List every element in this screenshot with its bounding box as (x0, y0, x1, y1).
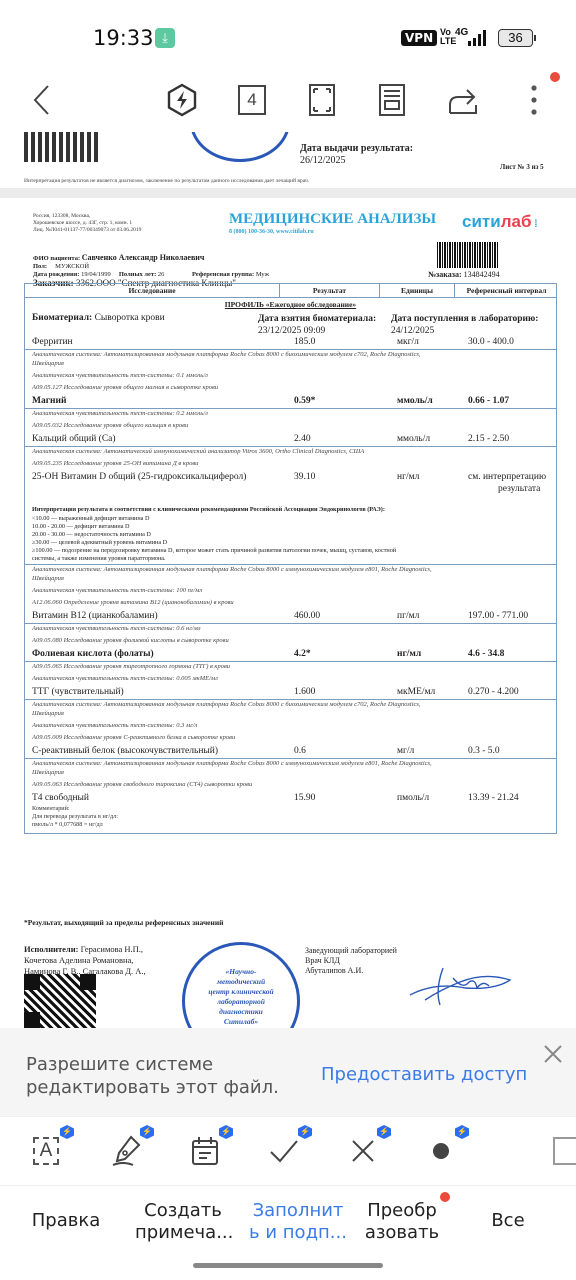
cell-ref: 0.3 - 5.0 (468, 746, 500, 756)
cell-units: ммоль/л (397, 434, 430, 444)
cell-ref-cont: результата (498, 484, 540, 494)
patient-name: Савченко Александр Николаевич (82, 253, 205, 262)
cell-ref: 13.39 - 21.24 (468, 793, 519, 803)
comment-line: Для перевода результата в нг/дл: (32, 813, 118, 820)
disclaimer: Интерпретация результатов не является ди… (24, 178, 309, 184)
cell-name: С-реактивный белок (высокочувствительный… (32, 746, 218, 756)
method-note: А09.05.235 Исследование уровня 25-ОН вит… (32, 460, 198, 467)
issue-date-label: Дата выдачи результата: (300, 143, 413, 154)
network-type-icon: 4G (455, 27, 468, 38)
banner-message: Разрешите системередактировать этот файл… (26, 1053, 279, 1099)
lab-stamp (190, 132, 290, 162)
fullscreen-button[interactable] (302, 80, 342, 120)
ai-badge-icon: ⚡ (455, 1125, 469, 1139)
home-indicator[interactable] (193, 1263, 383, 1268)
pdf-page-4: Россия, 123308, Москва,Хорошевское шоссе… (0, 198, 576, 1028)
citilab-logo: ситилаб ⁞ (462, 212, 538, 232)
more-icon (530, 85, 538, 115)
ai-badge-icon: ⚡ (219, 1125, 233, 1139)
close-banner-icon[interactable] (543, 1044, 563, 1064)
cell-ref: 30.0 - 400.0 (468, 337, 514, 347)
method-note: Аналитическая чувствительность тест-сист… (32, 410, 208, 417)
method-note: А09.05.063 Исследование уровня свободног… (32, 781, 252, 788)
page-count-icon: 4 (238, 85, 266, 115)
method-note: А12.06.060 Определение уровня витамина В… (32, 599, 234, 606)
barcode (437, 242, 499, 268)
top-toolbar: 4 (0, 70, 576, 132)
row-divider (25, 446, 556, 447)
cell-units: мкМЕ/мл (397, 687, 435, 697)
permission-banner: Разрешите системередактировать этот файл… (0, 1028, 576, 1116)
received-date: Дата поступления в лабораторию:24/12/202… (391, 313, 538, 337)
cell-result: 460.00 (294, 611, 320, 621)
row-divider (25, 623, 556, 624)
lab-title: МЕДИЦИНСКИЕ АНАЛИЗЫ (229, 211, 436, 228)
method-note: Аналитическая система: Автоматизированна… (32, 566, 432, 573)
notification-dot (550, 72, 560, 82)
rectangle-icon (553, 1137, 576, 1165)
cell-ref: 2.15 - 2.50 (468, 434, 509, 444)
ai-badge-icon: ⚡ (377, 1125, 391, 1139)
cell-units: пг/мл (397, 611, 419, 621)
dot-icon (433, 1143, 449, 1159)
method-note: А09.05.065 Исследование уровня тиреотроп… (32, 663, 230, 670)
qr-code (24, 132, 100, 162)
date-tool[interactable]: ⚡ (185, 1131, 225, 1171)
volte-icon: VoLTE (440, 28, 456, 46)
cell-units: пмоль/л (397, 793, 429, 803)
cell-result: 2.40 (294, 434, 311, 444)
signal-icon (468, 30, 486, 46)
method-note: А09.05.080 Исследование уровня фолиевой … (32, 637, 229, 644)
method-note: А09.05.009 Исследование уровня С-реактив… (32, 734, 235, 741)
cross-tool[interactable]: ⚡ (343, 1131, 383, 1171)
checkmark-tool[interactable]: ⚡ (264, 1131, 304, 1171)
dot-tool[interactable]: ⚡ (421, 1131, 461, 1171)
lab-stamp: «Научно-методическийцентр клиническойлаб… (182, 942, 300, 1028)
date-icon (191, 1136, 219, 1166)
method-note: Аналитическая чувствительность тест-сист… (32, 587, 202, 594)
method-note: А09.05.032 Исследование уровня общего ка… (32, 422, 188, 429)
method-note: Аналитическая система: Автоматизированна… (32, 701, 421, 708)
cross-icon (351, 1139, 375, 1163)
cell-name: Ферритин (32, 337, 73, 347)
cell-name: Кальций общий (Са) (32, 434, 116, 444)
cell-result: 0.59* (294, 396, 315, 406)
ai-badge-icon: ⚡ (298, 1125, 312, 1139)
performers: Исполнители: Герасимова Н.П., Кочетова А… (24, 944, 146, 977)
sheet-number: Лист № 3 из 5 (500, 163, 544, 171)
results-table: Исследование Результат Единицы Референсн… (24, 283, 557, 834)
status-bar: 19:33 ⤓ VPN VoLTE 4G 36 (0, 0, 576, 70)
method-note: Швейцария (32, 360, 64, 367)
battery-icon: 36 (498, 29, 533, 47)
tab-all[interactable]: Все (478, 1210, 538, 1232)
signature-image (405, 960, 515, 1010)
text-box-icon: A (33, 1137, 59, 1165)
reader-mode-icon (379, 84, 405, 116)
vitd-interpretation-line: 10.00 - 20.00 — дефицит витамина D (32, 523, 130, 530)
cell-units: нг/мл (397, 472, 419, 482)
more-button[interactable] (514, 80, 554, 120)
pdf-document-view[interactable]: Дата выдачи результата: 26/12/2025 Лист … (0, 132, 576, 1028)
cell-name: ТТГ (чувствительный) (32, 687, 124, 697)
vitd-interpretation-line: ≥100.00 — подозрение на передозировку ви… (32, 547, 396, 554)
method-note: А09.05.127 Исследование уровня общего ма… (32, 384, 218, 391)
vitd-interpretation-line: ≥30.00 — целевой адекватный уровень вита… (32, 539, 167, 546)
row-divider (25, 758, 556, 759)
cell-ref: 0.66 - 1.07 (468, 396, 509, 406)
tab-fill-sign[interactable]: Заполнить и подп... (249, 1200, 347, 1244)
notification-dot (440, 1192, 450, 1202)
cell-name: Т4 свободный (32, 793, 89, 803)
cell-name: Магний (32, 396, 66, 406)
signature-pen-icon (111, 1135, 141, 1167)
checkmark-icon (269, 1138, 299, 1164)
lab-head: Заведующий лабораториейВрач КЛДАбуталипо… (305, 946, 397, 976)
method-note: Аналитическая система: Автоматизированна… (32, 351, 421, 358)
method-note: Швейцария (32, 575, 64, 582)
tab-convert[interactable]: Преобразовать (362, 1200, 442, 1244)
method-note: Швейцария (32, 769, 64, 776)
rectangle-tool[interactable] (548, 1131, 576, 1171)
cell-name: 25-ОН Витамин D общий (25-гидроксикальци… (32, 472, 246, 482)
cell-units: нг/мл (397, 649, 421, 659)
row-divider (25, 661, 556, 662)
method-note: Аналитическая чувствительность тест-сист… (32, 675, 218, 682)
comment-line: пмоль/л * 0,077688 = нг/дл (32, 821, 103, 828)
cell-ref: 4.6 - 34.8 (468, 649, 504, 659)
cell-units: мкг/л (397, 337, 419, 347)
ai-tools-button[interactable] (162, 80, 202, 120)
qr-code-bottom (24, 974, 96, 1028)
ai-badge-icon: ⚡ (140, 1125, 154, 1139)
order-number: №заказа: 134842494 (428, 270, 500, 279)
ai-bolt-icon (166, 83, 198, 117)
share-button[interactable] (443, 80, 483, 120)
biomaterial: Биоматериал: Сыворотка крови (32, 313, 165, 323)
page-count-button[interactable]: 4 (232, 80, 272, 120)
back-button[interactable] (22, 80, 62, 120)
row-divider (25, 564, 556, 565)
reader-mode-button[interactable] (372, 80, 412, 120)
tab-annotate[interactable]: Создатьпримеча... (135, 1200, 231, 1244)
vitd-interpretation-line: системы, а также изменения уровня паратг… (32, 555, 166, 562)
cell-ref: 197.00 - 771.00 (468, 611, 528, 621)
signature-tool[interactable]: ⚡ (106, 1131, 146, 1171)
cell-ref: см. интерпретацию (468, 472, 546, 482)
cell-result: 15.90 (294, 793, 315, 803)
vitd-interpretation-line: 20.00 - 30.00 — недостаточность витамина… (32, 531, 151, 538)
row-divider (25, 408, 556, 409)
method-note: Аналитическая система: Автоматизированна… (32, 760, 432, 767)
table-header: Исследование Результат Единицы Референсн… (25, 284, 556, 298)
row-divider (25, 699, 556, 700)
method-note: Швейцария (32, 710, 64, 717)
fill-sign-tools: A ⚡ ⚡ ⚡ ⚡ ⚡ ⚡ (0, 1116, 576, 1186)
cell-units: ммоль/л (397, 396, 433, 406)
cell-result: 0.6 (294, 746, 306, 756)
cell-name: Фолиевая кислота (фолаты) (32, 649, 154, 659)
share-icon (447, 85, 479, 115)
cell-result: 39.10 (294, 472, 315, 482)
grant-access-button[interactable]: Предоставить доступ (321, 1064, 527, 1085)
vitd-interpretation-line: <10.00 — выраженный дефицит витамина D (32, 515, 149, 522)
chevron-left-icon (31, 84, 53, 116)
comment-line: Комментарий: (32, 805, 70, 812)
cell-result: 185.0 (294, 337, 315, 347)
issue-date: 26/12/2025 (300, 155, 346, 166)
cell-result: 4.2* (294, 649, 311, 659)
method-note: Аналитическая чувствительность тест-сист… (32, 625, 201, 632)
tab-edit[interactable]: Правка (26, 1210, 106, 1232)
fullscreen-icon (309, 84, 335, 116)
profile-title: ПРОФИЛЬ «Ежегодное обследование» (25, 300, 556, 309)
vpn-icon: VPN (401, 30, 437, 46)
cell-result: 1.600 (294, 687, 315, 697)
cell-units: мг/л (397, 746, 414, 756)
clock: 19:33 (93, 26, 154, 50)
lab-contacts: 8 (800) 100-36-30, www.citilab.ru (229, 229, 314, 235)
method-note: Аналитическая система: Автоматический им… (32, 448, 364, 455)
lab-address: Россия, 123308, Москва,Хорошевское шоссе… (33, 213, 141, 234)
cell-ref: 0.270 - 4.200 (468, 687, 519, 697)
cell-name: Витамин В12 (цианкобаламин) (32, 611, 158, 621)
ai-badge-icon: ⚡ (60, 1125, 74, 1139)
method-note: Аналитическая чувствительность тест-сист… (32, 372, 208, 379)
vitd-interpretation-title: Интерпретация результата в соответствии … (32, 506, 385, 513)
footnote: *Результат, выходящий за пределы референ… (24, 918, 223, 927)
download-icon: ⤓ (155, 28, 175, 48)
sample-date: Дата взятия биоматериала:23/12/2025 09:0… (258, 313, 376, 337)
row-divider (25, 349, 556, 350)
text-box-tool[interactable]: A ⚡ (26, 1131, 66, 1171)
pdf-page-3: Дата выдачи результата: 26/12/2025 Лист … (0, 132, 576, 188)
method-note: Аналитическая чувствительность тест-сист… (32, 722, 197, 729)
